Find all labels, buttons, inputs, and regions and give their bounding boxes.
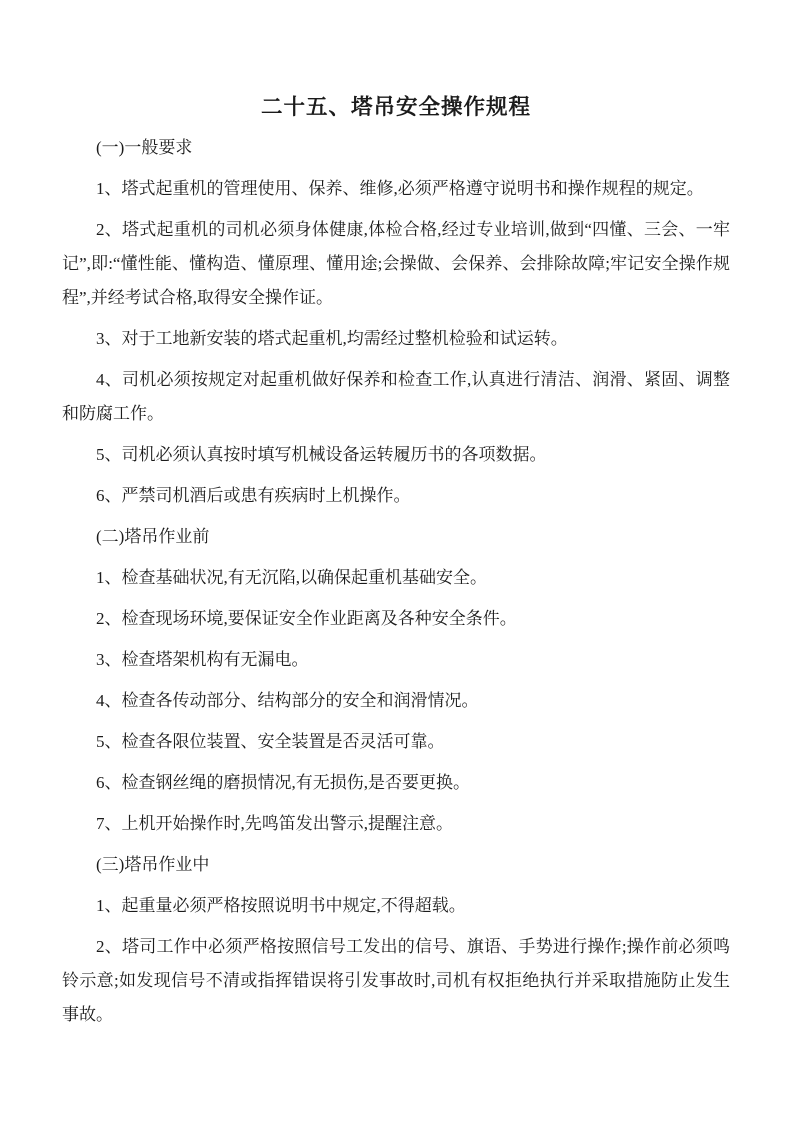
section-1-item-6: 6、严禁司机酒后或患有疾病时上机操作。 [62,479,730,513]
section-2-item-4: 4、检查各传动部分、结构部分的安全和润滑情况。 [62,684,730,718]
section-heading-general-requirements: (一)一般要求 [62,131,730,165]
section-2-item-1: 1、检查基础状况,有无沉陷,以确保起重机基础安全。 [62,561,730,595]
section-2-item-3: 3、检查塔架机构有无漏电。 [62,643,730,677]
section-3-item-1: 1、起重量必须严格按照说明书中规定,不得超载。 [62,889,730,923]
section-1-item-2: 2、塔式起重机的司机必须身体健康,体检合格,经过专业培训,做到“四懂、三会、一牢… [62,213,730,315]
section-2-item-2: 2、检查现场环境,要保证安全作业距离及各种安全条件。 [62,602,730,636]
document-title: 二十五、塔吊安全操作规程 [62,92,730,122]
section-1-item-5: 5、司机必须认真按时填写机械设备运转履历书的各项数据。 [62,438,730,472]
section-1-item-4: 4、司机必须按规定对起重机做好保养和检查工作,认真进行清洁、润滑、紧固、调整和防… [62,363,730,431]
section-heading-before-operation: (二)塔吊作业前 [62,520,730,554]
section-2-item-6: 6、检查钢丝绳的磨损情况,有无损伤,是否要更换。 [62,766,730,800]
section-1-item-1: 1、塔式起重机的管理使用、保养、维修,必须严格遵守说明书和操作规程的规定。 [62,172,730,206]
section-1-item-3: 3、对于工地新安装的塔式起重机,均需经过整机检验和试运转。 [62,322,730,356]
document-page: 二十五、塔吊安全操作规程 (一)一般要求 1、塔式起重机的管理使用、保养、维修,… [0,0,793,1122]
section-heading-during-operation: (三)塔吊作业中 [62,848,730,882]
section-2-item-5: 5、检查各限位装置、安全装置是否灵活可靠。 [62,725,730,759]
section-2-item-7: 7、上机开始操作时,先鸣笛发出警示,提醒注意。 [62,807,730,841]
section-3-item-2: 2、塔司工作中必须严格按照信号工发出的信号、旗语、手势进行操作;操作前必须鸣铃示… [62,930,730,1032]
